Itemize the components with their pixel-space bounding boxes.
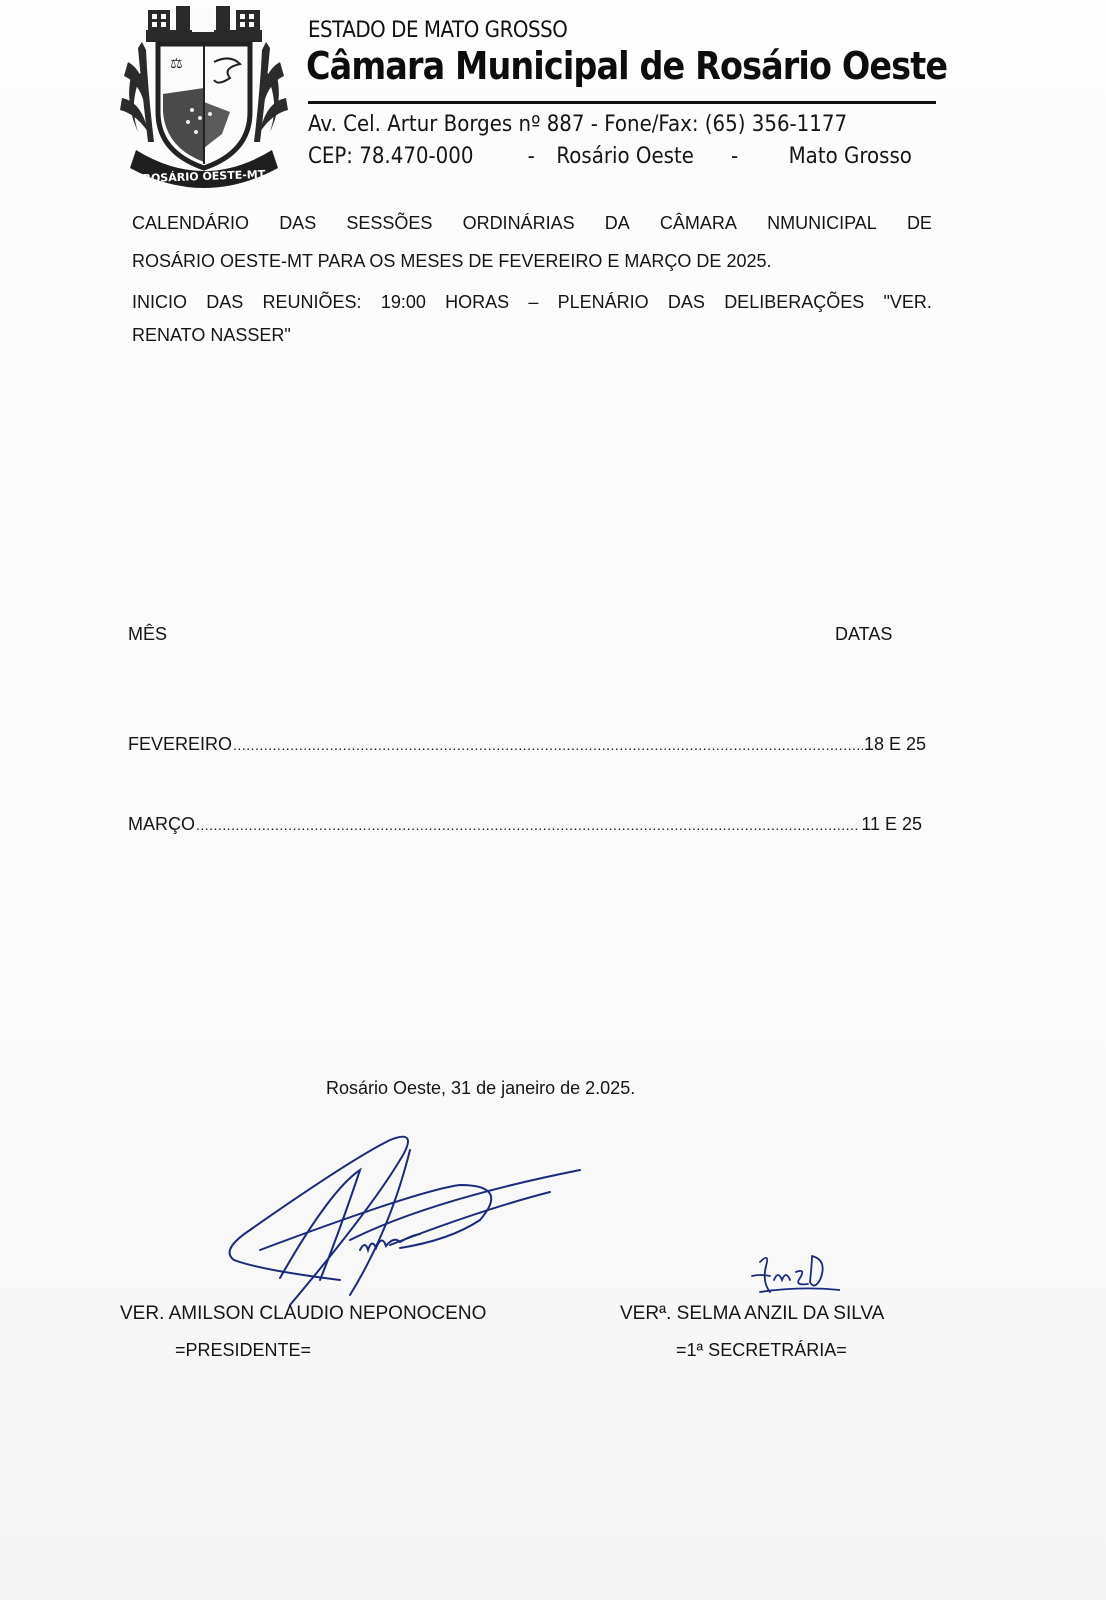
- intro-word: HORAS: [445, 292, 509, 313]
- intro-word: SESSÕES: [346, 213, 432, 234]
- intro-word: DAS: [668, 292, 705, 313]
- municipal-crest-icon: ⚖ ROSÁRIO OESTE-MT: [118, 2, 290, 194]
- intro-word: "VER.: [883, 292, 931, 313]
- intro-word: 19:00: [381, 292, 426, 313]
- president-role: =PRESIDENTE=: [175, 1340, 311, 1361]
- header-cep: CEP: 78.470-000: [308, 144, 473, 169]
- secretary-name: VERª. SELMA ANZIL DA SILVA: [620, 1303, 884, 1325]
- schedule-row: MARÇO 11 E 25: [128, 814, 922, 835]
- place-and-date: Rosário Oeste, 31 de janeiro de 2.025.: [326, 1078, 635, 1099]
- document-page: ⚖ ROSÁRIO OESTE-MT ESTADO DE MATO GROSSO…: [0, 0, 1106, 1600]
- header-state: ESTADO DE MATO GROSSO: [308, 18, 567, 43]
- intro-word: PLENÁRIO: [558, 292, 649, 313]
- row-dates: 18 E 25: [864, 734, 926, 755]
- president-signature: [220, 1130, 590, 1320]
- column-header-month: MÊS: [128, 624, 167, 645]
- header-city: Rosário Oeste: [556, 144, 694, 169]
- header-divider: [308, 101, 936, 104]
- schedule-row: FEVEREIRO 18 E 25: [128, 734, 926, 755]
- intro-word: ORDINÁRIAS: [463, 213, 575, 234]
- intro-word: DELIBERAÇÕES: [724, 292, 864, 313]
- intro-word: REUNIÕES:: [263, 292, 362, 313]
- intro-line-1: CALENDÁRIODASSESSÕESORDINÁRIASDACÂMARANM…: [132, 213, 932, 234]
- intro-word: INICIO: [132, 292, 187, 313]
- row-dates: 11 E 25: [861, 814, 922, 835]
- row-month: MARÇO: [128, 814, 195, 835]
- dot-leader: [196, 817, 860, 833]
- intro-line-3: INICIODASREUNIÕES:19:00HORAS–PLENÁRIODAS…: [132, 292, 932, 313]
- svg-text:⚖: ⚖: [170, 56, 183, 72]
- intro-word: DE: [907, 213, 932, 234]
- column-header-dates: DATAS: [835, 624, 892, 645]
- intro-word: –: [528, 292, 538, 313]
- secretary-signature: [740, 1252, 840, 1302]
- intro-word: CALENDÁRIO: [132, 213, 249, 234]
- president-name: VER. AMILSON CLAUDIO NEPONOCENO: [120, 1303, 486, 1325]
- header-address: Av. Cel. Artur Borges nº 887 - Fone/Fax:…: [308, 112, 847, 137]
- secretary-role: =1ª SECRETRÁRIA=: [676, 1340, 847, 1361]
- header-sep-1: -: [528, 144, 535, 169]
- intro-line-4: RENATO NASSER": [132, 325, 291, 346]
- intro-word: DAS: [206, 292, 243, 313]
- intro-word: NMUNICIPAL: [767, 213, 877, 234]
- intro-word: DA: [605, 213, 630, 234]
- intro-word: CÂMARA: [660, 213, 737, 234]
- row-month: FEVEREIRO: [128, 734, 232, 755]
- header-institution: Câmara Municipal de Rosário Oeste: [306, 44, 947, 88]
- header-sep-2: -: [731, 144, 738, 169]
- intro-line-2: ROSÁRIO OESTE-MT PARA OS MESES DE FEVERE…: [132, 251, 771, 272]
- intro-word: DAS: [279, 213, 316, 234]
- header-region: Mato Grosso: [789, 144, 912, 169]
- dot-leader: [233, 737, 863, 753]
